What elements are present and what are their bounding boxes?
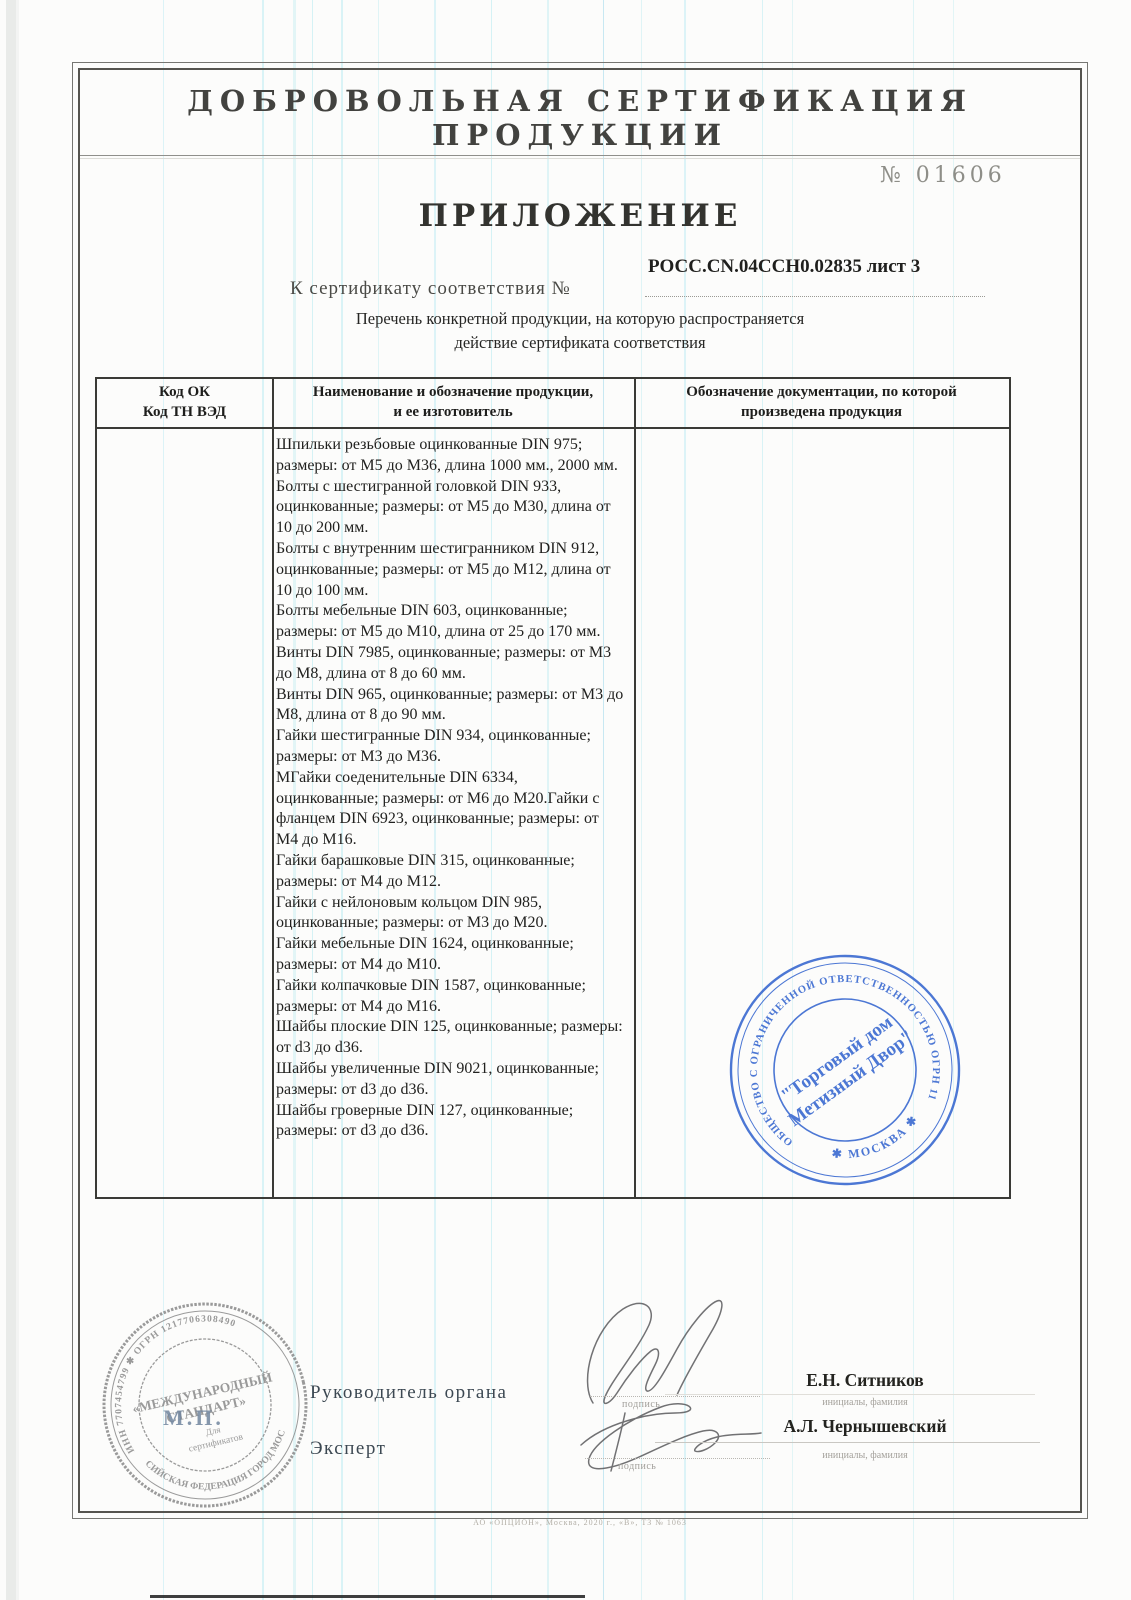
- signature-caption-1: подпись: [622, 1399, 660, 1410]
- certificate-number-label: К сертификату соответствия №: [290, 278, 571, 300]
- product-item: Винты DIN 965, оцинкованные; размеры: от…: [276, 685, 624, 727]
- name-line-2: [655, 1442, 1040, 1443]
- product-item: Гайки с нейлоновым кольцом DIN 985, оцин…: [276, 893, 624, 935]
- certificate-page: ДОБРОВОЛЬНАЯ СЕРТИФИКАЦИЯ ПРОДУКЦИИ № 01…: [0, 0, 1131, 1600]
- printer-fine-print: АО «ОПЦИОН», Москва, 2020 г., «В», ТЗ № …: [80, 1518, 1080, 1527]
- name-caption-2: инициалы, фамилия: [700, 1450, 1030, 1461]
- product-item: Винты DIN 7985, оцинкованные; размеры: о…: [276, 643, 624, 685]
- header-product-line1: Наименование и обозначение продукции,: [274, 382, 632, 402]
- document-title: ДОБРОВОЛЬНАЯ СЕРТИФИКАЦИЯ ПРОДУКЦИИ: [80, 84, 1080, 152]
- table-column-divider: [634, 379, 636, 1197]
- expert-name: А.Л. Чернышевский: [700, 1416, 1030, 1437]
- product-item: Шайбы увеличенные DIN 9021, оцинкованные…: [276, 1059, 624, 1101]
- scan-bottom-artifact: [150, 1595, 585, 1598]
- product-list: Шпильки резьбовые оцинкованные DIN 975; …: [276, 435, 624, 1142]
- product-item: Гайки шестигранные DIN 934, оцинкованные…: [276, 726, 624, 768]
- header-code-tnved: Код ТН ВЭД: [97, 402, 272, 422]
- head-name: Е.Н. Ситников: [700, 1370, 1030, 1391]
- subtitle-line2: действие сертификата соответствия: [80, 333, 1080, 353]
- scan-edge-shadow-light: [16, 0, 19, 1600]
- title-divider: [80, 155, 1080, 159]
- head-of-body-label: Руководитель органа: [310, 1382, 507, 1404]
- product-item: Шайбы гроверные DIN 127, оцинкованные; р…: [276, 1101, 624, 1143]
- name-caption-1: инициалы, фамилия: [700, 1397, 1030, 1408]
- signature-caption-2: подпись: [618, 1461, 656, 1472]
- table-column-divider: [272, 379, 274, 1197]
- table-header-docs: Обозначение документации, по которой про…: [636, 382, 1007, 422]
- table-header-product: Наименование и обозначение продукции, и …: [274, 382, 632, 422]
- table-header-code: Код ОК Код ТН ВЭД: [97, 382, 272, 422]
- mp-place-of-seal-label: М.П.: [163, 1405, 224, 1431]
- product-item: Шайбы плоские DIN 125, оцинкованные; раз…: [276, 1017, 624, 1059]
- product-item: Болты с внутренним шестигранником DIN 91…: [276, 539, 624, 601]
- product-item: Гайки колпачковые DIN 1587, оцинкованные…: [276, 976, 624, 1018]
- table-header-divider: [97, 427, 1009, 429]
- product-item: Шпильки резьбовые оцинкованные DIN 975; …: [276, 435, 624, 477]
- subtitle-line1: Перечень конкретной продукции, на котору…: [80, 309, 1080, 329]
- header-docs-line1: Обозначение документации, по которой: [636, 382, 1007, 402]
- header-code-ok: Код ОК: [97, 382, 272, 402]
- name-line-1: [665, 1394, 1035, 1395]
- scan-edge-shadow: [6, 0, 16, 1600]
- product-item: Болты мебельные DIN 603, оцинкованные; р…: [276, 601, 624, 643]
- product-item: Болты с шестигранной головкой DIN 933, о…: [276, 477, 624, 539]
- header-docs-line2: произведена продукция: [636, 402, 1007, 422]
- appendix-title: ПРИЛОЖЕНИЕ: [80, 198, 1080, 234]
- expert-label: Эксперт: [310, 1438, 386, 1460]
- certificate-number-underline: [645, 296, 985, 297]
- form-number: № 01606: [880, 163, 1080, 188]
- product-item: Гайки барашковые DIN 315, оцинкованные; …: [276, 851, 624, 893]
- product-item: Гайки мебельные DIN 1624, оцинкованные; …: [276, 934, 624, 976]
- certificate-number: РОСС.CN.04ССН0.02835 лист 3: [648, 256, 1008, 278]
- product-item: МГайки соеденительные DIN 6334, оцинкова…: [276, 768, 624, 851]
- header-product-line2: и ее изготовитель: [274, 402, 632, 422]
